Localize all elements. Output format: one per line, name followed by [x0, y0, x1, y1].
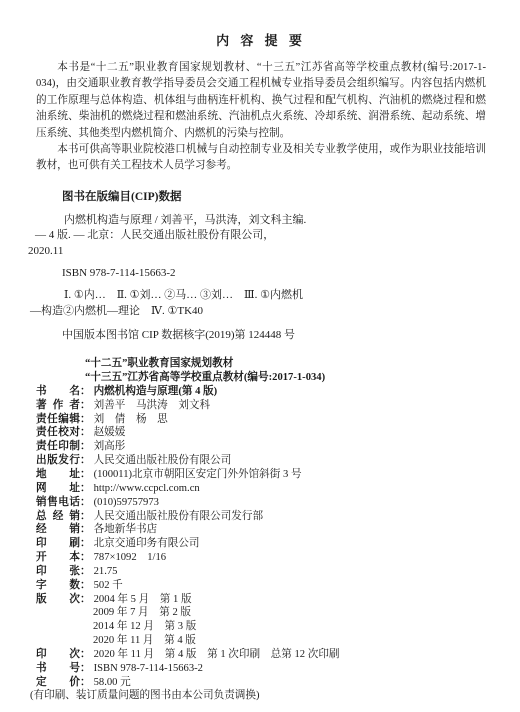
row-printer: 印刷： 北京交通印务有限公司: [36, 537, 486, 551]
row-colon: ：: [80, 482, 91, 496]
row-label: 书号: [36, 662, 80, 676]
row-publisher: 出版发行： 人民交通出版社股份有限公司: [36, 454, 486, 468]
row-value: 刘善平 马洪涛 刘文科: [91, 399, 211, 413]
row-label: 版次: [36, 593, 80, 607]
row-label: 著作者: [36, 399, 80, 413]
row-label: 字数: [36, 579, 80, 593]
row-colon: ：: [80, 537, 91, 551]
row-label: 责任编辑: [36, 413, 80, 427]
row-label: 责任校对: [36, 426, 80, 440]
row-format: 开本： 787×1092 1/16: [36, 551, 486, 565]
series-title: “十二五”职业教育国家规划教材: [85, 357, 486, 371]
row-colon: ：: [80, 468, 91, 482]
row-sales-phone: 销售电话： (010)59757973: [36, 496, 486, 510]
row-value: (100011)北京市朝阳区安定门外外馆斜街 3 号: [91, 468, 302, 482]
cip-heading: 图书在版编目(CIP)数据: [62, 190, 486, 206]
row-value: 刘 倩 杨 思: [91, 413, 168, 427]
row-colon: ：: [80, 551, 91, 565]
row-price: 定价： 58.00 元: [36, 676, 486, 690]
edition-history-line: 2009 年 7 月 第 2 版: [93, 606, 486, 620]
row-authors: 著作者： 刘善平 马洪涛 刘文科: [36, 399, 486, 413]
row-value: 787×1092 1/16: [91, 551, 166, 565]
row-value: 2020 年 11 月 第 4 版 第 1 次印刷 总第 12 次印刷: [91, 648, 340, 662]
row-value: 21.75: [91, 565, 118, 579]
row-label: 开本: [36, 551, 80, 565]
row-value: 刘高彤: [91, 440, 126, 454]
row-label: 总经销: [36, 510, 80, 524]
row-proofreader: 责任校对： 赵媛媛: [36, 426, 486, 440]
row-colon: ：: [80, 496, 91, 510]
row-colon: ：: [80, 593, 91, 607]
row-value: 人民交通出版社股份有限公司: [91, 454, 232, 468]
cip-classification-line: —构造②内燃机—理论 Ⅳ. ①TK40: [30, 304, 486, 320]
row-value: 58.00 元: [91, 676, 131, 690]
row-value: http://www.ccpcl.com.cn: [91, 482, 200, 496]
row-colon: ：: [80, 579, 91, 593]
cip-line: 2020.11: [28, 244, 486, 260]
row-colon: ：: [80, 648, 91, 662]
row-distributor: 经销： 各地新华书店: [36, 523, 486, 537]
row-colon: ：: [80, 385, 91, 399]
row-value: 人民交通出版社股份有限公司发行部: [91, 510, 264, 524]
row-sheets: 印张： 21.75: [36, 565, 486, 579]
row-impression: 印次： 2020 年 11 月 第 4 版 第 1 次印刷 总第 12 次印刷: [36, 648, 486, 662]
cip-classification-line: Ⅰ. ①内… Ⅱ. ①刘… ②马… ③刘… Ⅲ. ①内燃机: [64, 288, 486, 304]
cip-line: — 4 版. — 北京：人民交通出版社股份有限公司，: [35, 228, 486, 244]
cip-section: 图书在版编目(CIP)数据 内燃机构造与原理 / 刘善平，马洪涛，刘文科主编. …: [36, 190, 486, 344]
row-label: 印张: [36, 565, 80, 579]
row-value: 北京交通印务有限公司: [91, 537, 200, 551]
summary-title: 内 容 提 要: [36, 30, 486, 49]
row-isbn: 书号： ISBN 978-7-114-15663-2: [36, 662, 486, 676]
summary-paragraph: 本书是“十二五”职业教育国家规划教材、“十三五”江苏省高等学校重点教材(编号:2…: [36, 60, 486, 142]
row-colon: ：: [80, 662, 91, 676]
cip-record-number-line: 中国版本图书馆 CIP 数据核字(2019)第 124448 号: [62, 328, 486, 344]
row-label: 定价: [36, 676, 80, 690]
edition-history-line: 2014 年 12 月 第 3 版: [93, 620, 486, 634]
row-colon: ：: [80, 523, 91, 537]
row-value: ISBN 978-7-114-15663-2: [91, 662, 203, 676]
series-title: “十三五”江苏省高等学校重点教材(编号:2017-1-034): [85, 371, 486, 385]
quality-note: (有印刷、装订质量问题的图书由本公司负责调换): [30, 689, 486, 703]
row-colon: ：: [80, 426, 91, 440]
row-website: 网址： http://www.ccpcl.com.cn: [36, 482, 486, 496]
row-label: 印次: [36, 648, 80, 662]
summary-section: 本书是“十二五”职业教育国家规划教材、“十三五”江苏省高等学校重点教材(编号:2…: [36, 60, 486, 175]
colophon-section: “十二五”职业教育国家规划教材 “十三五”江苏省高等学校重点教材(编号:2017…: [36, 357, 486, 703]
row-print-supervisor: 责任印制： 刘高彤: [36, 440, 486, 454]
edition-history-line: 2020 年 11 月 第 4 版: [93, 634, 486, 648]
row-colon: ：: [80, 454, 91, 468]
row-colon: ：: [80, 413, 91, 427]
summary-paragraph: 本书可供高等职业院校港口机械与自动控制专业及相关专业教学使用，或作为职业技能培训…: [36, 142, 486, 175]
row-value: 502 千: [91, 579, 123, 593]
row-label: 书名: [36, 385, 80, 399]
row-colon: ：: [80, 440, 91, 454]
cip-line: 内燃机构造与原理 / 刘善平，马洪涛，刘文科主编.: [64, 213, 486, 229]
row-value: 内燃机构造与原理(第 4 版): [91, 385, 218, 399]
row-word-count: 字数： 502 千: [36, 579, 486, 593]
row-label: 经销: [36, 523, 80, 537]
row-label: 责任印制: [36, 440, 80, 454]
row-book-title: 书名： 内燃机构造与原理(第 4 版): [36, 385, 486, 399]
row-value: 各地新华书店: [91, 523, 158, 537]
row-colon: ：: [80, 399, 91, 413]
row-label: 销售电话: [36, 496, 80, 510]
row-value: 赵媛媛: [91, 426, 126, 440]
row-editor: 责任编辑： 刘 倩 杨 思: [36, 413, 486, 427]
row-label: 网址: [36, 482, 80, 496]
row-address: 地址： (100011)北京市朝阳区安定门外外馆斜街 3 号: [36, 468, 486, 482]
row-label: 印刷: [36, 537, 80, 551]
cip-copyright-page: 内 容 提 要 本书是“十二五”职业教育国家规划教材、“十三五”江苏省高等学校重…: [0, 0, 520, 712]
row-colon: ：: [80, 510, 91, 524]
row-value: 2004 年 5 月 第 1 版: [91, 593, 192, 607]
row-edition: 版次： 2004 年 5 月 第 1 版: [36, 593, 486, 607]
row-colon: ：: [80, 676, 91, 690]
row-label: 地址: [36, 468, 80, 482]
row-colon: ：: [80, 565, 91, 579]
row-label: 出版发行: [36, 454, 80, 468]
row-general-distributor: 总经销： 人民交通出版社股份有限公司发行部: [36, 510, 486, 524]
row-value: (010)59757973: [91, 496, 159, 510]
cip-isbn-line: ISBN 978-7-114-15663-2: [62, 266, 486, 282]
